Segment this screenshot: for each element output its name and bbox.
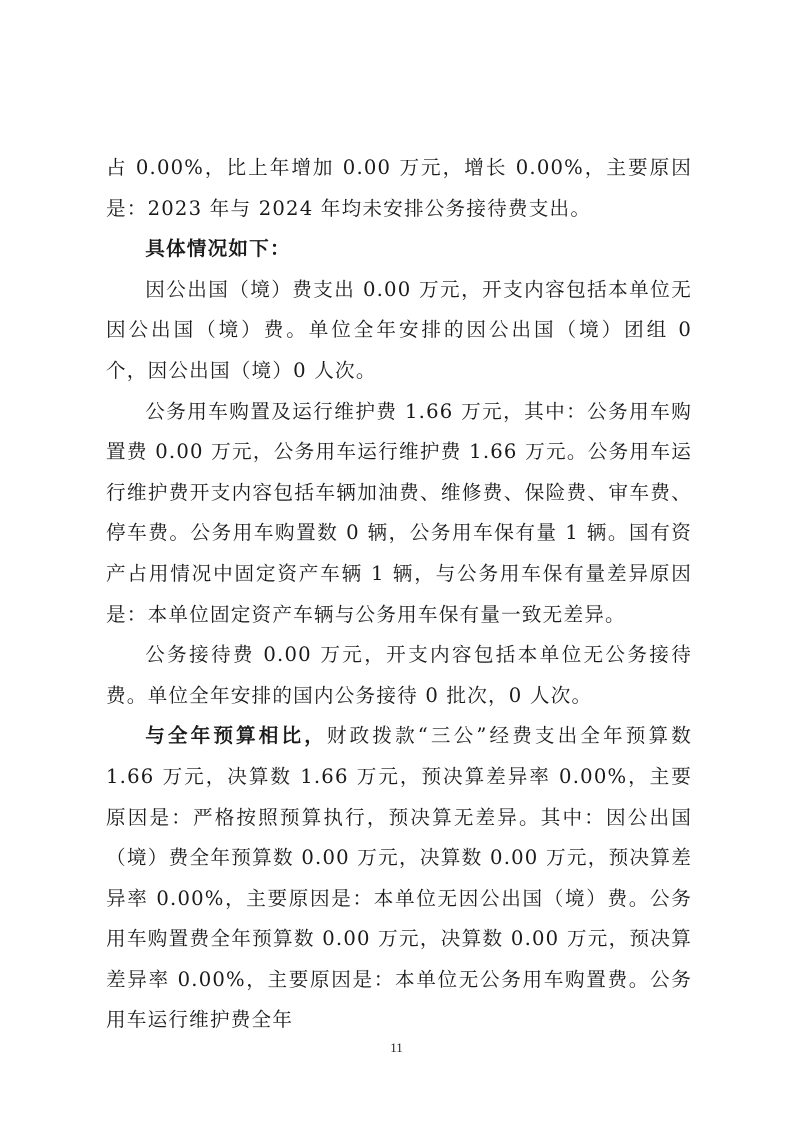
paragraph-reception-expenses: 公务接待费 0.00 万元，开支内容包括本单位无公务接待费。单位全年安排的国内公… xyxy=(106,635,692,716)
page-number: 11 xyxy=(0,1040,793,1056)
budget-comparison-text: 财政拨款“三公”经费支出全年预算数 1.66 万元，决算数 1.66 万元，预决… xyxy=(106,724,692,1031)
document-page: 占 0.00%，比上年增加 0.00 万元，增长 0.00%，主要原因是：202… xyxy=(0,0,793,1122)
details-heading: 具体情况如下： xyxy=(145,237,291,260)
page-body: 占 0.00%，比上年增加 0.00 万元，增长 0.00%，主要原因是：202… xyxy=(106,148,692,1041)
paragraph-reception-summary-continued: 占 0.00%，比上年增加 0.00 万元，增长 0.00%，主要原因是：202… xyxy=(106,148,692,229)
paragraph-overseas-travel: 因公出国（境）费支出 0.00 万元，开支内容包括本单位无因公出国（境）费。单位… xyxy=(106,270,692,392)
budget-comparison-lead: 与全年预算相比， xyxy=(145,724,327,747)
paragraph-details-heading: 具体情况如下： xyxy=(106,229,692,270)
paragraph-vehicle-expenses: 公务用车购置及运行维护费 1.66 万元，其中：公务用车购置费 0.00 万元，… xyxy=(106,392,692,636)
paragraph-budget-comparison: 与全年预算相比，财政拨款“三公”经费支出全年预算数 1.66 万元，决算数 1.… xyxy=(106,716,692,1041)
